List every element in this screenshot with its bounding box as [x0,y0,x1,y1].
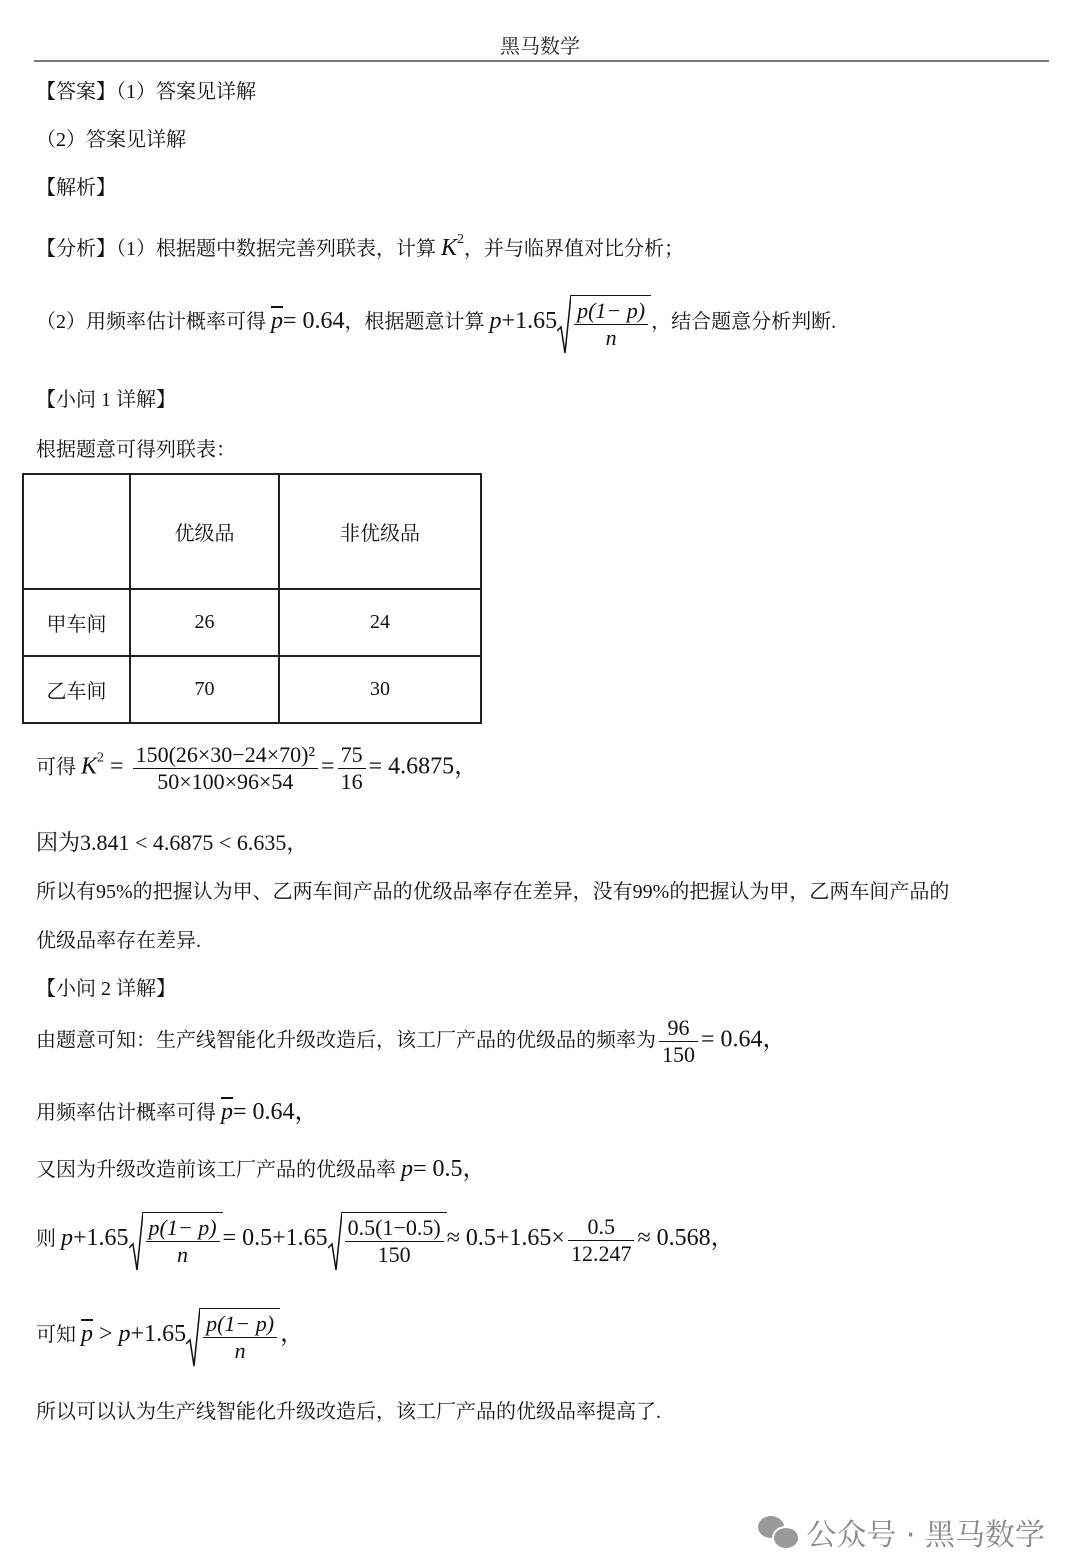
q2-line2-end: = 0.64， [233,1099,319,1125]
expr-part: = 0.5+1.65 [223,1225,328,1251]
q1-intro: 根据题意可得列联表： [36,438,236,462]
table-cell: 甲车间 [23,589,130,656]
k2-prefix: 可得 [36,756,76,778]
fenxi2-end: ，结合题意分析判断. [651,311,836,333]
frac-den: 150 [659,1042,698,1068]
pbar: p [271,308,283,334]
p-var: p [401,1156,413,1182]
header-divider [34,60,1049,62]
p-var: p [61,1225,73,1251]
table-cell: 70 [130,656,279,723]
q2-line-1: 由题意可知：生产线智能化升级改造后，该工厂产品的优级品的频率为96150= 0.… [36,1015,787,1069]
answer-part1: （1）答案见详解 [116,81,256,103]
gt-sign: > [99,1321,119,1347]
table-header-row: 优级品 非优级品 [23,474,481,589]
conclusion-line-2: 优级品率存在差异. [36,929,201,953]
frac-num: 150(26×30−24×70)² [133,742,318,769]
watermark: 公众号 · 黑马数学 [758,1510,1045,1554]
expr-part: +1.65 [73,1225,129,1251]
q2-line-5: 可知 p > p+1.65p(1− p)n， [36,1308,304,1365]
sqrt-expr: p(1− p)n [186,1308,280,1365]
table-row: 乙车间 70 30 [23,656,481,723]
header-title: 黑马数学 [0,30,1080,59]
fenxi-end: ，并与临界值对比分析； [464,238,684,260]
q1-heading: 【小问 1 详解】 [36,388,176,412]
answer-line-1: 【答案】（1）答案见详解 [36,80,256,104]
expr-part: +1.65 [131,1321,187,1347]
frac-den: 12.247 [568,1241,635,1267]
q2-line-2: 用频率估计概率可得 p= 0.64， [36,1098,319,1127]
watermark-text: 公众号 · 黑马数学 [806,1510,1045,1554]
q2-line3-end: = 0.5， [413,1156,487,1182]
table-cell: 26 [130,589,279,656]
fenxi-text: （1）根据题中数据完善列联表，计算 [116,238,436,260]
sqrt-expr: 0.5(1−0.5)150 [328,1212,447,1269]
frac-num: p(1− p) [203,1311,277,1338]
q2-line2-text: 用频率估计概率可得 [36,1102,216,1124]
final-conclusion: 所以可以认为生产线智能化升级改造后，该工厂产品的优级品率提高了. [36,1400,661,1424]
analysis-label: 【解析】 [36,176,116,200]
k-var: K [441,235,457,261]
q2-line4-prefix: 则 [36,1228,56,1250]
k-var: K [81,753,97,779]
wechat-icon [758,1514,798,1550]
answer-line-2: （2）答案见详解 [36,128,186,152]
q2-line3-text: 又因为升级改造前该工厂产品的优级品率 [36,1159,396,1181]
q2-heading: 【小问 2 详解】 [36,977,176,1001]
p-var: p [490,308,502,334]
conclusion-line-1: 所以有95%的把握认为甲、乙两车间产品的优级品率存在差异，没有99%的把握认为甲… [36,880,949,904]
k-sup: 2 [97,750,104,765]
k-sup: 2 [457,232,464,247]
fenxi2-text: （2）用频率估计概率可得 [36,311,266,333]
q2-line-3: 又因为升级改造前该工厂产品的优级品率 p= 0.5， [36,1155,487,1184]
table-header-cell: 优级品 [130,474,279,589]
pbar: p [221,1099,233,1125]
fenxi-label: 【分析】 [36,238,116,260]
freq-fraction: 96150 [659,1015,698,1069]
pbar: p [81,1321,93,1347]
frac-den: n [574,325,648,351]
frac-den: n [146,1242,220,1268]
q2-line-4: 则 p+1.65p(1− p)n= 0.5+1.650.5(1−0.5)150≈… [36,1212,735,1269]
frac-num: 75 [338,742,366,769]
k2-formula: 可得 K2 = 150(26×30−24×70)²50×100×96×54=75… [36,742,478,796]
table-row: 甲车间 26 24 [23,589,481,656]
answer-label: 【答案】 [36,81,116,103]
expr-pre: +1.65 [502,308,558,334]
fenxi2-mid: ，根据题意计算 [345,311,485,333]
frac-num: 0.5(1−0.5) [345,1215,444,1242]
table-header-cell [23,474,130,589]
expr-end: ， [280,1321,304,1347]
table-cell: 30 [279,656,481,723]
sqrt-expr: p(1− p)n [557,295,651,352]
frac-den: 50×100×96×54 [133,769,318,795]
p-var: p [119,1321,131,1347]
k2-result: = 4.6875， [369,753,479,779]
frac-num: 0.5 [568,1214,635,1241]
q2-line1-end: = 0.64， [701,1026,787,1052]
frac-num: 96 [659,1015,698,1042]
table-cell: 24 [279,589,481,656]
sqrt-expr: p(1− p)n [129,1212,223,1269]
table-header-cell: 非优级品 [279,474,481,589]
fenxi-line-2: （2）用频率估计概率可得 p= 0.64，根据题意计算 p+1.65p(1− p… [36,295,836,352]
q2-line1-text: 由题意可知：生产线智能化升级改造后，该工厂产品的优级品的频率为 [36,1029,656,1051]
frac-den: 150 [345,1242,444,1268]
frac-den: 16 [338,769,366,795]
pbar-value: = 0.64 [283,308,345,334]
table-cell: 乙车间 [23,656,130,723]
fraction: 0.512.247 [568,1214,635,1268]
frac-den: n [203,1338,277,1364]
frac-num: p(1− p) [574,298,648,325]
k2-fraction: 150(26×30−24×70)²50×100×96×54 [133,742,318,796]
q2-line5-prefix: 可知 [36,1324,76,1346]
expr-part: ≈ 0.5+1.65× [447,1225,565,1251]
fenxi-line-1: 【分析】（1）根据题中数据完善列联表，计算 K2，并与临界值对比分析； [36,232,684,263]
k2-simplified: 7516 [338,742,366,796]
compare-line: 因为3.841 < 4.6875 < 6.635， [36,830,308,856]
expr-result: ≈ 0.568， [637,1225,734,1251]
frac-num: p(1− p) [146,1215,220,1242]
contingency-table: 优级品 非优级品 甲车间 26 24 乙车间 70 30 [22,473,482,724]
